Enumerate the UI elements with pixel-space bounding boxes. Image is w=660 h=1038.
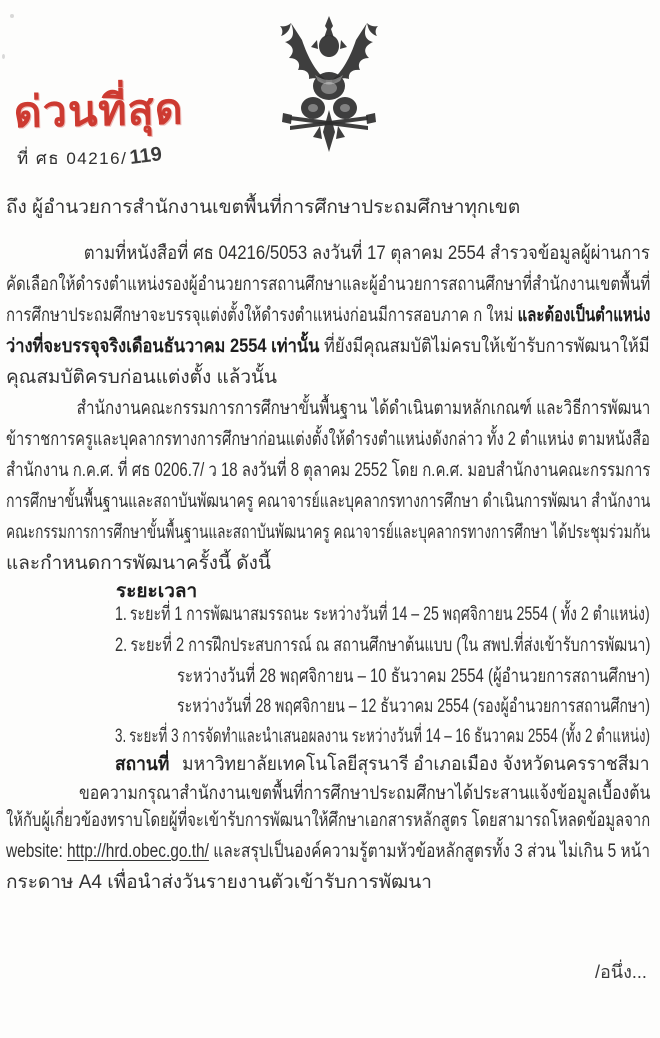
handwritten-number: 119: [129, 143, 164, 170]
item-number: 1.: [115, 600, 130, 630]
garuda-emblem-icon: [268, 14, 390, 156]
venue-text: มหาวิทยาลัยเทคโนโลยีสุรนารี อำเภอเมือง จ…: [182, 754, 649, 775]
item-text: ระยะที่ 2 การฝึกประสบการณ์ ณ สถานศึกษาต้…: [130, 635, 650, 656]
text-line: คัดเลือกให้ดำรงตำแหน่งรองผู้อำนวยการสถาน…: [6, 270, 650, 301]
schedule-subitem: ระหว่างวันที่ 28 พฤศจิกายน – 10 ธันวาคม …: [177, 662, 650, 693]
document-number: ที่ ศธ 04216/119: [17, 145, 163, 172]
text-segment-bold: ว่างที่จะบรรจุจริงเดือนธันวาคม 2554 เท่า…: [6, 336, 319, 357]
text-line: สำนักงาน ก.ค.ศ. ที่ ศธ 0206.7/ ว 18 ลงวั…: [6, 456, 650, 487]
text-line: ให้กับผู้เกี่ยวข้องทราบโดยผู้ที่จะเข้ารั…: [6, 806, 650, 837]
text-segment-bold: และต้องเป็นตำแหน่ง: [518, 305, 651, 326]
venue-line: สถานที่มหาวิทยาลัยเทคโนโลยีสุรนารี อำเภอ…: [115, 750, 650, 781]
page-continuation-mark: /อนึ่ง...: [595, 957, 647, 986]
text-segment: การศึกษาประถมศึกษาจะบรรจุแต่งตั้งให้ดำรง…: [6, 305, 518, 326]
schedule-item: 3.ระยะที่ 3 การจัดทำและนำเสนอผลงาน ระหว่…: [115, 722, 650, 753]
text-line: ตามที่หนังสือที่ ศธ 04216/5053 ลงวันที่ …: [6, 239, 650, 270]
text-line: คณะกรรมการการศึกษาขั้นพื้นฐานและสถาบันพั…: [6, 518, 650, 549]
recipient-line: ถึง ผู้อำนวยการสำนักงานเขตพื้นที่การศึกษ…: [6, 193, 520, 224]
text-line: website: http://hrd.obec.go.th/ และสรุปเ…: [6, 837, 650, 868]
scan-noise: [10, 14, 14, 18]
text-line: คุณสมบัติครบก่อนแต่งตั้ง แล้วนั้น: [6, 363, 277, 394]
text-line: และกำหนดการพัฒนาครั้งนี้ ดังนี้: [6, 549, 271, 580]
document-number-prefix: ที่ ศธ 04216/: [17, 149, 127, 168]
schedule-item: 1.ระยะที่ 1 การพัฒนาสมรรถนะ ระหว่างวันที…: [115, 600, 650, 631]
text-line: สำนักงานคณะกรรมการการศึกษาขั้นพื้นฐาน ได…: [6, 394, 650, 425]
text-segment: และสรุปเป็นองค์ความรู้ตามหัวข้อหลักสูตรท…: [209, 841, 650, 862]
scan-noise: [2, 54, 5, 59]
venue-label: สถานที่: [115, 754, 169, 775]
item-number: 3.: [115, 722, 129, 752]
text-line: กระดาษ A4 เพื่อนำส่งวันรายงานตัวเข้ารับก…: [6, 868, 432, 899]
text-line: การศึกษาประถมศึกษาจะบรรจุแต่งตั้งให้ดำรง…: [6, 301, 650, 332]
text-segment: ที่ยังมีคุณสมบัติไม่ครบให้เข้ารับการพัฒน…: [319, 336, 649, 357]
document-page: ด่วนที่สุด ที่ ศธ 04216/119: [0, 0, 660, 1038]
item-text: ระยะที่ 3 การจัดทำและนำเสนอผลงาน ระหว่าง…: [129, 726, 650, 747]
urgency-stamp: ด่วนที่สุด: [13, 74, 184, 146]
item-text: ระยะที่ 1 การพัฒนาสมรรถนะ ระหว่างวันที่ …: [130, 604, 650, 625]
schedule-subitem: ระหว่างวันที่ 28 พฤศจิกายน – 12 ธันวาคม …: [177, 692, 650, 723]
website-link: http://hrd.obec.go.th/: [67, 841, 209, 862]
schedule-item: 2.ระยะที่ 2 การฝึกประสบการณ์ ณ สถานศึกษา…: [115, 631, 650, 662]
item-number: 2.: [115, 631, 130, 661]
text-line: การศึกษาขั้นพื้นฐานและสถาบันพัฒนาครู คณา…: [6, 487, 650, 518]
text-segment: website:: [6, 841, 67, 862]
text-line: ว่างที่จะบรรจุจริงเดือนธันวาคม 2554 เท่า…: [6, 332, 650, 363]
text-line: ข้าราชการครูและบุคลากรทางการศึกษาก่อนแต่…: [6, 425, 650, 456]
